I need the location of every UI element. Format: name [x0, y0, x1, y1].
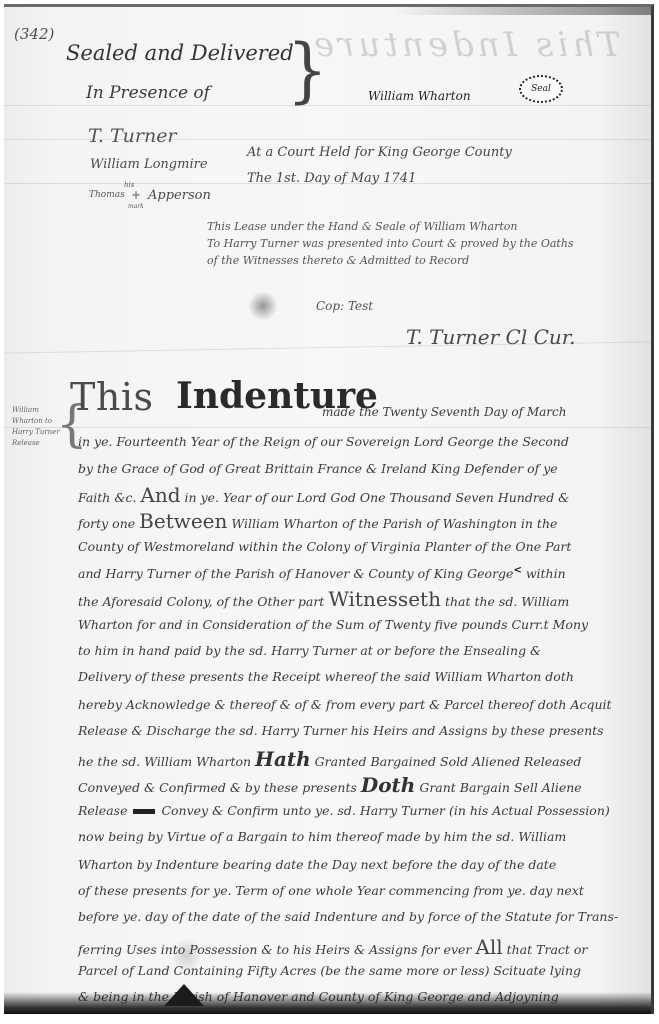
indenture-line: ferring Uses into Possession & to his He…: [78, 935, 587, 959]
margin-note-line: William: [12, 405, 60, 416]
line-text: in ye. Fourteenth Year of the Reign of o…: [78, 434, 569, 449]
line-text: by the Grace of God of Great Brittain Fr…: [78, 461, 558, 476]
line-text: County of Westmoreland within the Colony…: [78, 539, 571, 554]
in-presence-of-label: In Presence of: [86, 83, 210, 103]
indenture-line: Delivery of these presents the Receipt w…: [78, 669, 574, 684]
line-text: Wharton for and in Consideration of the …: [78, 617, 588, 632]
line-text: to him in hand paid by the sd. Harry Tur…: [78, 643, 541, 658]
indenture-line: and Harry Turner of the Parish of Hanove…: [78, 565, 566, 581]
indenture-line: by the Grace of God of Great Brittain Fr…: [78, 461, 558, 476]
recording-certificate-line: This Lease under the Hand & Seale of Wil…: [207, 220, 517, 233]
court-heading: At a Court Held for King George County: [247, 145, 512, 160]
indenture-line: Faith &c. And in ye. Year of our Lord Go…: [78, 483, 569, 507]
indenture-line: of these presents for ye. Term of one wh…: [78, 883, 584, 898]
indenture-first-line: made the Twenty Seventh Day of March: [322, 405, 566, 419]
emphasis-word: And: [140, 483, 180, 507]
page-edge-shadow: [391, 7, 651, 15]
sealed-delivered-heading: Sealed and Delivered: [66, 41, 294, 65]
line-text: Parcel of Land Containing Fifty Acres (b…: [78, 963, 581, 978]
seal-icon: Seal: [519, 75, 563, 103]
line-text: ferring Uses into Possession & to his He…: [78, 942, 471, 957]
teste-attestation: Cop: Test: [316, 299, 373, 313]
seal-label: Seal: [531, 84, 551, 94]
margin-note-line: Harry Turner: [12, 427, 60, 438]
line-text: that the sd. William: [445, 594, 569, 609]
line-text: Delivery of these presents the Receipt w…: [78, 669, 574, 684]
grantor-signature: William Wharton: [368, 89, 471, 103]
line-text: within: [526, 566, 566, 581]
curly-brace: }: [287, 36, 328, 106]
margin-note: William Wharton to Harry Turner Release: [12, 405, 60, 449]
indenture-line: before ye. day of the date of the said I…: [78, 909, 618, 924]
line-text: that Tract or: [507, 942, 588, 957]
ruled-line: [4, 427, 651, 428]
recording-certificate-line: of the Witnesses thereto & Admitted to R…: [207, 254, 469, 267]
line-text: Convey & Confirm unto ye. sd. Harry Turn…: [161, 803, 609, 818]
indenture-line: forty one Between William Wharton of the…: [78, 509, 557, 533]
indenture-line: now being by Virtue of a Bargain to him …: [78, 829, 566, 844]
scanned-document: This Indenture (342) Sealed and Delivere…: [0, 0, 659, 1024]
indenture-line: hereby Acknowledge & thereof & of & from…: [78, 697, 612, 712]
line-text: the Aforesaid Colony, of the Other part: [78, 594, 324, 609]
indenture-line: Conveyed & Confirmed & by these presents…: [78, 773, 582, 797]
line-text: Faith &c.: [78, 490, 136, 505]
indenture-line: County of Westmoreland within the Colony…: [78, 539, 571, 554]
clerk-signature: T. Turner Cl Cur.: [406, 325, 576, 349]
indenture-title-this: This: [70, 375, 153, 419]
insertion-caret-icon: <: [513, 565, 521, 576]
witness-signature-2: William Longmire: [90, 157, 208, 172]
margin-note-line: Release: [12, 438, 60, 449]
line-text: and Harry Turner of the Parish of Hanove…: [78, 566, 513, 581]
recording-certificate-line: To Harry Turner was presented into Court…: [207, 237, 574, 250]
witness-signature-1: T. Turner: [88, 125, 177, 147]
indenture-line: Parcel of Land Containing Fifty Acres (b…: [78, 963, 581, 978]
margin-note-line: Wharton to: [12, 416, 60, 427]
emphasis-word: Witnesseth: [328, 587, 441, 611]
emphasis-word: Between: [139, 509, 227, 533]
line-text: Grant Bargain Sell Aliene: [419, 780, 581, 795]
line-text: now being by Virtue of a Bargain to him …: [78, 829, 566, 844]
line-text: Release: [78, 803, 127, 818]
court-date: The 1st. Day of May 1741: [247, 171, 416, 186]
page-fold: [164, 984, 204, 1006]
line-text: Conveyed & Confirmed & by these presents: [78, 780, 357, 795]
line-text: forty one: [78, 516, 135, 531]
line-text: before ye. day of the date of the said I…: [78, 909, 618, 924]
struck-through-word: [133, 809, 155, 814]
line-text: he the sd. William Wharton: [78, 754, 251, 769]
indenture-line: to him in hand paid by the sd. Harry Tur…: [78, 643, 541, 658]
emphasis-word: Hath: [255, 747, 311, 771]
indenture-line: Wharton by Indenture bearing date the Da…: [78, 857, 556, 872]
line-text: hereby Acknowledge & thereof & of & from…: [78, 697, 612, 712]
line-text: of these presents for ye. Term of one wh…: [78, 883, 584, 898]
indenture-line: in ye. Fourteenth Year of the Reign of o…: [78, 434, 569, 449]
witness-3-mark-cross-icon: +: [131, 188, 141, 202]
emphasis-word: Doth: [361, 773, 415, 797]
indenture-line: he the sd. William Wharton Hath Granted …: [78, 747, 581, 771]
witness-3-mark-label: mark: [128, 203, 144, 210]
line-text: in ye. Year of our Lord God One Thousand…: [185, 490, 570, 505]
line-text: Release & Discharge the sd. Harry Turner…: [78, 723, 604, 738]
witness-3-first-name: Thomas: [89, 190, 125, 200]
bleed-through-text: This Indenture: [310, 25, 621, 65]
line-text: William Wharton of the Parish of Washing…: [231, 516, 557, 531]
line-text: Wharton by Indenture bearing date the Da…: [78, 857, 556, 872]
page-bottom-shadow: [4, 992, 651, 1014]
page-number: (342): [14, 25, 54, 43]
indenture-line: Wharton for and in Consideration of the …: [78, 617, 588, 632]
witness-3-last-name: Apperson: [148, 188, 211, 203]
indenture-line: the Aforesaid Colony, of the Other part …: [78, 587, 569, 611]
line-text: Granted Bargained Sold Aliened Released: [315, 754, 582, 769]
ink-smudge: [248, 291, 278, 321]
indenture-line: Release & Discharge the sd. Harry Turner…: [78, 723, 604, 738]
emphasis-word: All: [475, 935, 502, 959]
indenture-line: Release Convey & Confirm unto ye. sd. Ha…: [78, 803, 610, 818]
manuscript-page: This Indenture (342) Sealed and Delivere…: [4, 4, 654, 1014]
